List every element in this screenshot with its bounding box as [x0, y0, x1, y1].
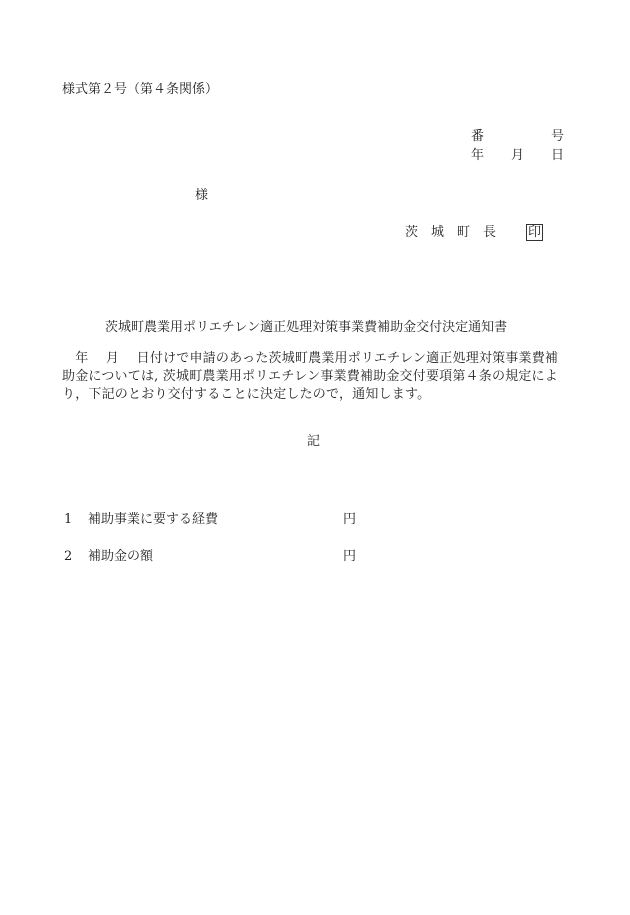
body-line: 助金については, 茨城町農業用ポリエチレン事業費補助金交付要項第４条の規定によ: [62, 368, 572, 386]
addressee-suffix: 様: [195, 188, 208, 204]
seal-mark: 印: [526, 224, 543, 241]
issuer-name: 茨 城 町 長: [405, 225, 496, 241]
item-unit: 円: [343, 512, 356, 528]
number-suffix: 号: [551, 129, 564, 145]
date-month: 月: [511, 148, 524, 164]
date-day: 日: [551, 148, 564, 164]
item-number: 1: [64, 512, 72, 528]
item-unit: 円: [343, 549, 356, 565]
body-line: り，下記のとおり交付することに決定したので，通知します。: [62, 386, 572, 404]
body-paragraph: 年 月 日付けで申請のあった茨城町農業用ポリエチレン適正処理対策事業費補 助金に…: [62, 350, 572, 404]
form-label: 様式第２号（第４条関係）: [62, 82, 218, 98]
item-label: 補助金の額: [88, 549, 153, 565]
item-number: 2: [64, 549, 72, 565]
item-label: 補助事業に要する経費: [88, 512, 218, 528]
ki-heading: 記: [307, 434, 320, 450]
body-line: 年 月 日付けで申請のあった茨城町農業用ポリエチレン適正処理対策事業費補: [62, 350, 572, 368]
document-title: 茨城町農業用ポリエチレン適正処理対策事業費補助金交付決定通知書: [105, 320, 507, 336]
date-year: 年: [471, 148, 484, 164]
number-label: 番: [471, 129, 484, 145]
